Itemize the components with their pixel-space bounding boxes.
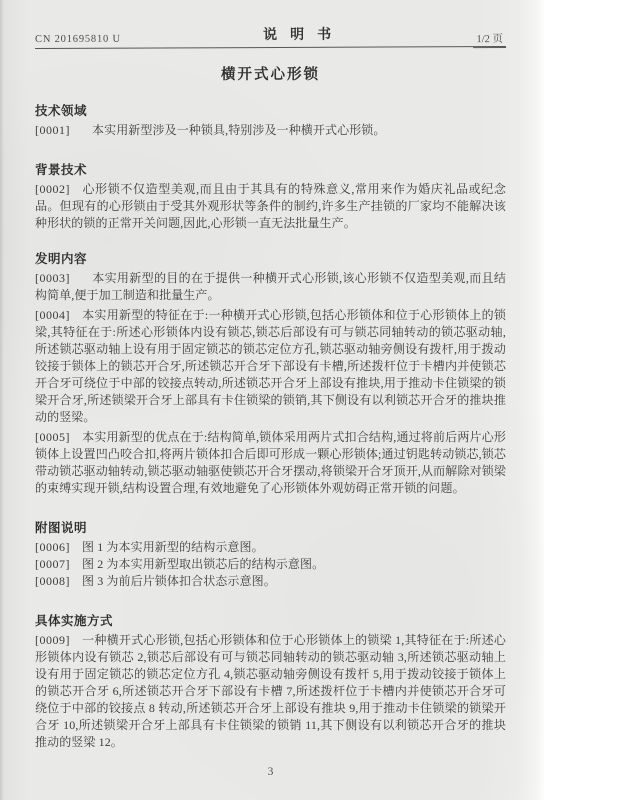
paragraph-text: 本实用新型的特征在于:一种横开式心形锁,包括心形锁体和位于心形锁体上的锁梁,其特… [35, 308, 506, 424]
section-heading-technical-field: 技术领域 [35, 101, 506, 119]
paragraph-number: [0006] [35, 540, 70, 554]
paragraph-text: 图 2 为本实用新型取出锁芯后的结构示意图。 [82, 557, 324, 571]
page-number: 3 [35, 766, 506, 778]
paragraph-0005: [0005]本实用新型的优点在于:结构简单,锁体采用两片式扣合结构,通过将前后两… [35, 429, 506, 497]
paragraph-text: 心形锁不仅造型美观,而且由于其具有的特殊意义,常用来作为婚庆礼品或纪念品。但现有… [35, 182, 506, 230]
paragraph-0001: [0001]本实用新型涉及一种锁具,特别涉及一种横开式心形锁。 [35, 122, 506, 139]
section-heading-summary: 发明内容 [35, 249, 506, 267]
section-heading-background: 背景技术 [35, 160, 506, 178]
paragraph-text: 图 3 为前后片锁体扣合状态示意图。 [82, 574, 276, 588]
paragraph-0007: [0007]图 2 为本实用新型取出锁芯后的结构示意图。 [35, 556, 506, 573]
paragraph-number: [0003] [35, 271, 70, 285]
scanned-patent-page: CN 201695810 U 说明书 1/2 页 横开式心形锁 技术领域 [00… [0, 0, 544, 800]
paragraph-0002: [0002]心形锁不仅造型美观,而且由于其具有的特殊意义,常用来作为婚庆礼品或纪… [35, 181, 506, 232]
paragraph-0008: [0008]图 3 为前后片锁体扣合状态示意图。 [35, 573, 506, 590]
page-header: CN 201695810 U 说明书 1/2 页 [35, 25, 506, 49]
document-type-label: 说明书 [250, 24, 344, 44]
paragraph-number: [0002] [35, 182, 70, 196]
patent-number: CN 201695810 U [35, 34, 121, 45]
paragraph-text: 本实用新型的优点在于:结构简单,锁体采用两片式扣合结构,通过将前后两片心形锁体上… [35, 430, 506, 495]
section-heading-embodiments: 具体实施方式 [35, 611, 506, 629]
section-heading-drawings: 附图说明 [35, 518, 506, 536]
page-content: CN 201695810 U 说明书 1/2 页 横开式心形锁 技术领域 [00… [0, 0, 544, 778]
invention-title: 横开式心形锁 [35, 63, 506, 84]
paragraph-0009: [0009]一种横开式心形锁,包括心形锁体和位于心形锁体上的锁梁 1,其特征在于… [35, 632, 506, 751]
paragraph-number: [0008] [35, 574, 70, 588]
paragraph-number: [0007] [35, 557, 70, 571]
paragraph-number: [0009] [35, 633, 70, 647]
paragraph-text: 本实用新型涉及一种锁具,特别涉及一种横开式心形锁。 [92, 123, 386, 137]
paragraph-0006: [0006]图 1 为本实用新型的结构示意图。 [35, 539, 506, 556]
paragraph-text: 图 1 为本实用新型的结构示意图。 [82, 540, 264, 554]
paragraph-text: 一种横开式心形锁,包括心形锁体和位于心形锁体上的锁梁 1,其特征在于:所述心形锁… [35, 633, 506, 749]
paragraph-number: [0001] [35, 123, 70, 137]
paragraph-0003: [0003]本实用新型的目的在于提供一种横开式心形锁,该心形锁不仅造型美观,而且… [35, 270, 506, 304]
paragraph-text: 本实用新型的目的在于提供一种横开式心形锁,该心形锁不仅造型美观,而且结构简单,便… [35, 271, 506, 302]
page-indicator: 1/2 页 [473, 31, 506, 48]
paragraph-number: [0005] [35, 430, 70, 444]
paragraph-number: [0004] [35, 308, 70, 322]
paragraph-0004: [0004]本实用新型的特征在于:一种横开式心形锁,包括心形锁体和位于心形锁体上… [35, 307, 506, 426]
